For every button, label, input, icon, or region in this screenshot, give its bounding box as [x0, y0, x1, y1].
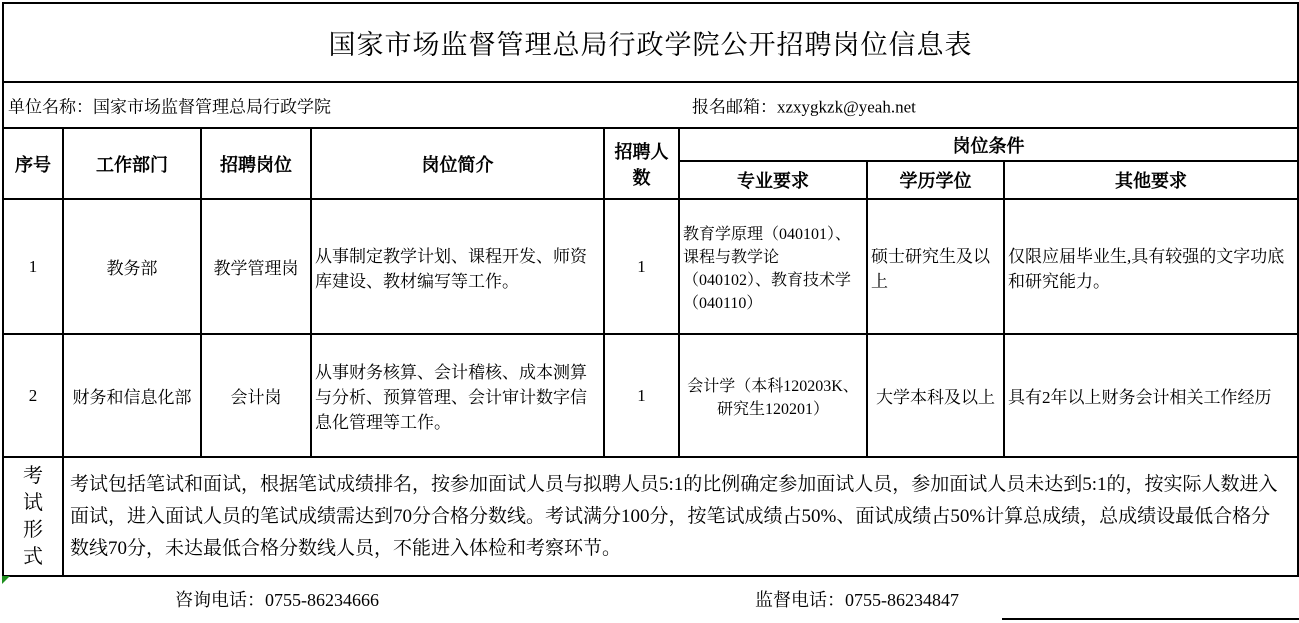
table-row: 2 财务和信息化部 会计岗 从事财务核算、会计稽核、成本测算与分析、预算管理、会…	[3, 334, 1298, 457]
cell-other: 具有2年以上财务会计相关工作经历	[1004, 334, 1298, 457]
cell-department: 财务和信息化部	[63, 334, 201, 457]
header-position: 招聘岗位	[201, 128, 311, 199]
header-degree: 学历学位	[867, 161, 1004, 199]
exam-label-cell: 考试形式	[3, 457, 63, 576]
header-department: 工作部门	[63, 128, 201, 199]
cell-intro: 从事制定教学计划、课程开发、师资库建设、教材编写等工作。	[311, 199, 604, 334]
header-conditions: 岗位条件	[679, 128, 1298, 161]
cell-other: 仅限应届毕业生,具有较强的文字功底和研究能力。	[1004, 199, 1298, 334]
exam-row: 考试形式 考试包括笔试和面试，根据笔试成绩排名，按参加面试人员与拟聘人员5:1的…	[3, 457, 1298, 576]
partial-border-line	[1002, 618, 1299, 620]
supervise-phone: 监督电话：0755-86234847	[755, 586, 959, 612]
cell-major: 会计学（本科120203K、研究生120201）	[679, 334, 867, 457]
cell-degree: 大学本科及以上	[867, 334, 1004, 457]
info-row: 单位名称：国家市场监督管理总局行政学院 报名邮箱：xzxygkzk@yeah.n…	[3, 82, 1298, 128]
cell-position: 会计岗	[201, 334, 311, 457]
unit-name: 单位名称：国家市场监督管理总局行政学院	[8, 93, 331, 118]
cell-flag-triangle	[2, 576, 10, 584]
table-row: 1 教务部 教学管理岗 从事制定教学计划、课程开发、师资库建设、教材编写等工作。…	[3, 199, 1298, 334]
consult-phone: 咨询电话：0755-86234666	[175, 586, 379, 612]
cell-intro: 从事财务核算、会计稽核、成本测算与分析、预算管理、会计审计数字信息化管理等工作。	[311, 334, 604, 457]
header-other: 其他要求	[1004, 161, 1298, 199]
cell-headcount: 1	[604, 334, 679, 457]
recruitment-table: 国家市场监督管理总局行政学院公开招聘岗位信息表 单位名称：国家市场监督管理总局行…	[2, 2, 1299, 577]
footer: 咨询电话：0755-86234666 监督电话：0755-86234847	[0, 575, 1299, 623]
header-headcount: 招聘人数	[604, 128, 679, 199]
page-title: 国家市场监督管理总局行政学院公开招聘岗位信息表	[3, 3, 1298, 82]
exam-label: 考试形式	[22, 463, 44, 571]
cell-department: 教务部	[63, 199, 201, 334]
cell-degree: 硕士研究生及以上	[867, 199, 1004, 334]
header-row-top: 序号 工作部门 招聘岗位 岗位简介 招聘人数 岗位条件	[3, 128, 1298, 161]
cell-seq: 2	[3, 334, 63, 457]
info-cell: 单位名称：国家市场监督管理总局行政学院 报名邮箱：xzxygkzk@yeah.n…	[3, 82, 1298, 128]
header-major: 专业要求	[679, 161, 867, 199]
header-intro: 岗位简介	[311, 128, 604, 199]
application-email: 报名邮箱：xzxygkzk@yeah.net	[692, 93, 916, 118]
exam-description: 考试包括笔试和面试，根据笔试成绩排名，按参加面试人员与拟聘人员5:1的比例确定参…	[63, 457, 1298, 576]
cell-position: 教学管理岗	[201, 199, 311, 334]
cell-major: 教育学原理（040101）、课程与教学论（040102）、教育技术学（04011…	[679, 199, 867, 334]
header-seq: 序号	[3, 128, 63, 199]
cell-headcount: 1	[604, 199, 679, 334]
title-row: 国家市场监督管理总局行政学院公开招聘岗位信息表	[3, 3, 1298, 82]
cell-seq: 1	[3, 199, 63, 334]
